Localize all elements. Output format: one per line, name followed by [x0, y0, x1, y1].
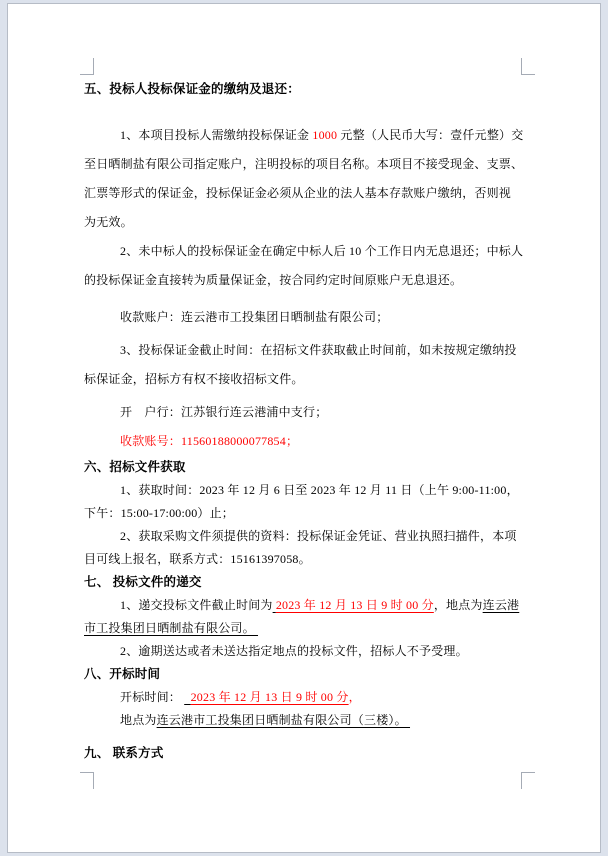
- doc-line[interactable]: 1、递交投标文件截止时间为 2023 年 12 月 13 日 9 时 00 分，…: [84, 594, 524, 617]
- margin-corner-mark-bottom-right: [521, 772, 535, 789]
- section-heading-5[interactable]: 五、投标人投标保证金的缴纳及退还：: [84, 75, 524, 104]
- doc-line[interactable]: 2、获取采购文件须提供的资料：投标保证金凭证、营业执照扫描件，本项: [84, 525, 524, 548]
- doc-line[interactable]: 标保证金，招标方有权不接收招标文件。: [84, 365, 524, 394]
- doc-line[interactable]: 收款账号：11560188000077854；: [84, 427, 524, 456]
- text-run: 1000: [312, 128, 337, 142]
- doc-line[interactable]: 的投标保证金直接转为质量保证金，按合同约定时间原账户无息退还。: [84, 266, 524, 295]
- doc-line[interactable]: 收款账户：连云港市工投集团日晒制盐有限公司；: [84, 303, 524, 332]
- doc-line[interactable]: 为无效。: [84, 208, 524, 237]
- section-heading-7[interactable]: 七、 投标文件的递交: [84, 571, 524, 594]
- document-viewport: { "colors": { "canvas_background": "#dce…: [0, 0, 608, 856]
- text-run: 至日晒制盐有限公司指定账户，注明投标的项目名称。本项目不接受现金、支票、: [84, 157, 523, 171]
- doc-line[interactable]: 地点为连云港市工投集团日晒制盐有限公司（三楼）。: [84, 709, 524, 732]
- text-run: 目可线上报名，联系方式：15161397058。: [84, 552, 311, 566]
- text-run: 汇票等形式的保证金，投标保证金必须从企业的法人基本存款账户缴纳，否则视: [84, 186, 511, 200]
- doc-line[interactable]: 下午：15:00-17:00:00）止；: [84, 502, 524, 525]
- doc-line[interactable]: 目可线上报名，联系方式：15161397058。: [84, 548, 524, 571]
- text-run: 1、本项目投标人需缴纳投标保证金: [120, 128, 312, 142]
- text-run: 下午：15:00-17:00:00）止；: [84, 506, 234, 520]
- text-run: ，: [349, 690, 361, 704]
- section-heading-6[interactable]: 六、招标文件获取: [84, 456, 524, 479]
- text-run: ，地点为: [434, 598, 483, 612]
- doc-line[interactable]: 至日晒制盐有限公司指定账户，注明投标的项目名称。本项目不接受现金、支票、: [84, 150, 524, 179]
- section-heading-8[interactable]: 八、开标时间: [84, 663, 524, 686]
- doc-line[interactable]: 开 户行：江苏银行连云港浦中支行；: [84, 398, 524, 427]
- doc-line[interactable]: 2、未中标人的投标保证金在确定中标人后 10 个工作日内无息退还；中标人: [84, 237, 524, 266]
- text-run: 3、投标保证金截止时间：在招标文件获取截止时间前，如未按规定缴纳投: [120, 343, 517, 357]
- text-run: 为无效。: [84, 215, 133, 229]
- doc-line[interactable]: 1、获取时间：2023 年 12 月 6 日至 2023 年 12 月 11 日…: [84, 479, 524, 502]
- text-run: 2、获取采购文件须提供的资料：投标保证金凭证、营业执照扫描件，本项: [120, 529, 517, 543]
- text-run: 2023 年 12 月 13 日 9 时 00 分: [191, 690, 349, 704]
- text-run: 九、 联系方式: [84, 746, 164, 760]
- text-run: 连云港: [483, 598, 520, 612]
- doc-line[interactable]: 开标时间： 2023 年 12 月 13 日 9 时 00 分，: [84, 686, 524, 709]
- text-run: 五、投标人投标保证金的缴纳及退还：: [84, 82, 300, 96]
- margin-corner-mark-top-left: [80, 58, 94, 75]
- doc-line[interactable]: 1、本项目投标人需缴纳投标保证金 1000 元整（人民币大写：壹仟元整）交: [84, 121, 524, 150]
- doc-line[interactable]: 2、逾期送达或者未送达指定地点的投标文件，招标人不予受理。: [84, 640, 524, 663]
- text-run: 收款账户：连云港市工投集团日晒制盐有限公司；: [120, 310, 388, 324]
- text-run: 2、未中标人的投标保证金在确定中标人后 10 个工作日内无息退还；中标人: [120, 244, 523, 258]
- text-run: 地点为: [120, 713, 157, 727]
- section-heading-9[interactable]: 九、 联系方式: [84, 742, 524, 765]
- text-run: 收款账号：11560188000077854；: [120, 434, 298, 448]
- text-run: 2、逾期送达或者未送达指定地点的投标文件，招标人不予受理。: [120, 644, 468, 658]
- text-run: 元整（人民币大写：壹仟元整）交: [337, 128, 523, 142]
- text-run: 市工投集团日晒制盐有限公司。: [84, 621, 258, 635]
- margin-corner-mark-top-right: [521, 58, 535, 75]
- text-run: 1、递交投标文件截止时间为: [120, 598, 273, 612]
- margin-corner-mark-bottom-left: [80, 772, 94, 789]
- text-run: 开标时间：: [120, 690, 184, 704]
- text-run: 六、招标文件获取: [84, 460, 186, 474]
- text-run: 连云港市工投集团日晒制盐有限公司（三楼）。: [157, 713, 410, 727]
- text-run: 2023 年 12 月 13 日 9 时 00 分: [276, 598, 434, 612]
- text-run: 的投标保证金直接转为质量保证金，按合同约定时间原账户无息退还。: [84, 273, 462, 287]
- text-run: 1、获取时间：2023 年 12 月 6 日至 2023 年 12 月 11 日…: [120, 483, 519, 497]
- text-run: 开 户行：江苏银行连云港浦中支行；: [120, 405, 327, 419]
- document-body: 五、投标人投标保证金的缴纳及退还：1、本项目投标人需缴纳投标保证金 1000 元…: [84, 75, 524, 765]
- text-run: 标保证金，招标方有权不接收招标文件。: [84, 372, 304, 386]
- text-run: 七、 投标文件的递交: [84, 575, 202, 589]
- doc-line[interactable]: 市工投集团日晒制盐有限公司。: [84, 617, 524, 640]
- doc-line[interactable]: 汇票等形式的保证金，投标保证金必须从企业的法人基本存款账户缴纳，否则视: [84, 179, 524, 208]
- text-run: 八、开标时间: [84, 667, 160, 681]
- doc-line[interactable]: 3、投标保证金截止时间：在招标文件获取截止时间前，如未按规定缴纳投: [84, 336, 524, 365]
